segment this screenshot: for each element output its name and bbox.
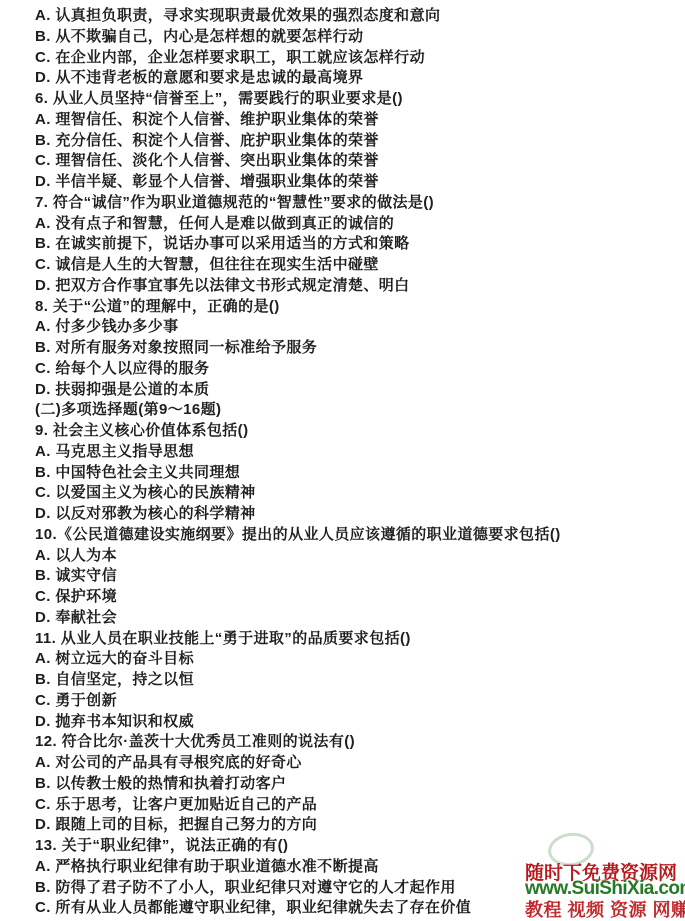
text-line: C. 在企业内部，企业怎样要求职工，职工就应该怎样行动 [35, 48, 680, 69]
text-line: C. 诚信是人生的大智慧，但往往在现实生活中碰壁 [35, 255, 680, 276]
text-line: A. 树立远大的奋斗目标 [35, 649, 680, 670]
text-line: C. 乐于思考，让客户更加贴近自己的产品 [35, 795, 680, 816]
text-line: B. 从不欺骗自己，内心是怎样想的就要怎样行动 [35, 27, 680, 48]
text-line: D. 半信半疑、彰显个人信誉、增强职业集体的荣誉 [35, 172, 680, 193]
text-line: B. 以传教士般的热情和执着打动客户 [35, 774, 680, 795]
text-line: B. 对所有服务对象按照同一标准给予服务 [35, 338, 680, 359]
text-line: C. 给每个人以应得的服务 [35, 359, 680, 380]
text-line: A. 没有点子和智慧，任何人是难以做到真正的诚信的 [35, 214, 680, 235]
text-line: 11. 从业人员在职业技能上“勇于进取”的品质要求包括() [35, 629, 680, 650]
text-line: B. 在诚实前提下，说话办事可以采用适当的方式和策略 [35, 234, 680, 255]
text-line: A. 付多少钱办多少事 [35, 317, 680, 338]
text-line: D. 扶弱抑强是公道的本质 [35, 380, 680, 401]
text-line: 10.《公民道德建设实施纲要》提出的从业人员应该遵循的职业道德要求包括() [35, 525, 680, 546]
text-line: A. 认真担负职责，寻求实现职责最优效果的强烈态度和意向 [35, 6, 680, 27]
text-line: D. 以反对邪教为核心的科学精神 [35, 504, 680, 525]
text-line: 7. 符合“诚信”作为职业道德规范的“智慧性”要求的做法是() [35, 193, 680, 214]
watermark-tagline: 教程 视频 资源 网赚 [525, 896, 685, 921]
text-line: B. 诚实守信 [35, 566, 680, 587]
text-line: B. 自信坚定，持之以恒 [35, 670, 680, 691]
text-line: D. 把双方合作事宜事先以法律文书形式规定清楚、明白 [35, 276, 680, 297]
text-line: A. 对公司的产品具有寻根究底的好奇心 [35, 753, 680, 774]
text-line: 9. 社会主义核心价值体系包括() [35, 421, 680, 442]
text-line: A. 马克思主义指导思想 [35, 442, 680, 463]
text-line: C. 勇于创新 [35, 691, 680, 712]
text-line: 12. 符合比尔·盖茨十大优秀员工准则的说法有() [35, 732, 680, 753]
text-line: C. 保护环境 [35, 587, 680, 608]
text-line: D. 从不违背老板的意愿和要求是忠诚的最高境界 [35, 68, 680, 89]
text-line: A. 理智信任、积淀个人信誉、维护职业集体的荣誉 [35, 110, 680, 131]
text-line: 8. 关于“公道”的理解中，正确的是() [35, 297, 680, 318]
text-line: B. 充分信任、积淀个人信誉、庇护职业集体的荣誉 [35, 131, 680, 152]
text-line: A. 以人为本 [35, 546, 680, 567]
text-line: D. 跟随上司的目标，把握自己努力的方向 [35, 815, 680, 836]
text-line: C. 以爱国主义为核心的民族精神 [35, 483, 680, 504]
question-text-block: A. 认真担负职责，寻求实现职责最优效果的强烈态度和意向B. 从不欺骗自己，内心… [35, 6, 680, 919]
text-line: B. 中国特色社会主义共同理想 [35, 463, 680, 484]
text-line: C. 理智信任、淡化个人信誉、突出职业集体的荣誉 [35, 151, 680, 172]
text-line: 6. 从业人员坚持“信誉至上”，需要践行的职业要求是() [35, 89, 680, 110]
text-line: (二)多项选择题(第9～16题) [35, 400, 680, 421]
text-line: D. 抛弃书本知识和权威 [35, 712, 680, 733]
text-line: D. 奉献社会 [35, 608, 680, 629]
